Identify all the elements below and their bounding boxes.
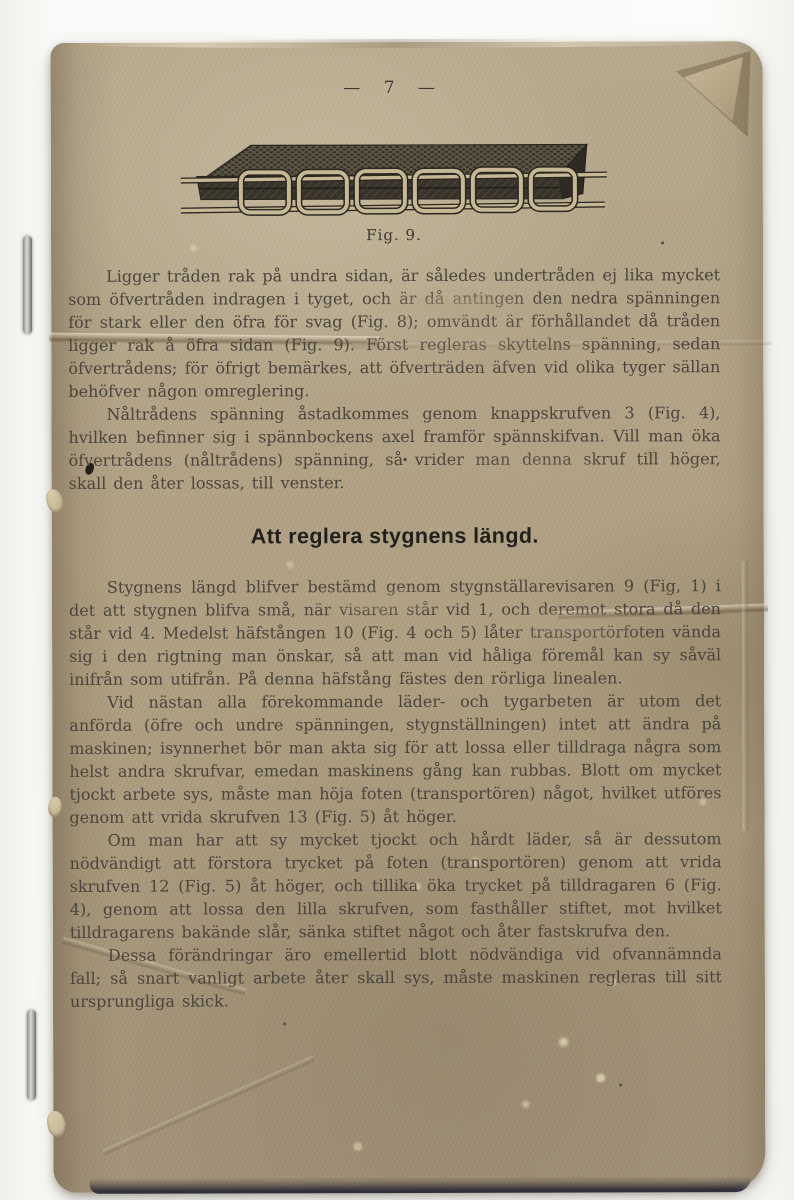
paragraph-needle-thread: Nåltrådens spänning åstadkommes genom kn…	[68, 401, 720, 495]
figure-9: Fig. 9.	[179, 135, 609, 244]
edge-tear	[44, 487, 65, 514]
edge-tear	[47, 796, 63, 818]
paper-dark-flecks	[50, 43, 53, 46]
staple-icon	[23, 236, 32, 334]
figure-caption: Fig. 9.	[179, 225, 609, 244]
paragraph-stitch-length: Stygnens längd blifver bestämd genom sty…	[69, 574, 721, 691]
paper-crease	[742, 561, 749, 831]
booklet-bottom-edge	[89, 1176, 751, 1194]
paragraph-reset-machine: Dessa förändringar äro emellertid blott …	[70, 942, 722, 1013]
paragraph-thread-tension: Ligger tråden rak på undra sidan, är sål…	[68, 263, 720, 403]
paragraph-general-warning: Vid nästan alla förekommande läder- och …	[69, 689, 721, 829]
scanned-booklet-page: — 7 —	[0, 0, 794, 1200]
page-content: — 7 —	[68, 71, 722, 1013]
section-heading: Att reglera stygnens längd.	[69, 523, 721, 550]
staple-icon	[27, 1010, 36, 1100]
page-number: — 7 —	[68, 77, 720, 99]
paragraph-thick-leather: Om man har att sy mycket tjockt och hård…	[70, 827, 722, 944]
paper-crease	[102, 1056, 315, 1156]
edge-tear	[46, 1110, 68, 1138]
paper-sheet: — 7 —	[50, 41, 765, 1193]
stitch-illustration	[179, 135, 609, 224]
